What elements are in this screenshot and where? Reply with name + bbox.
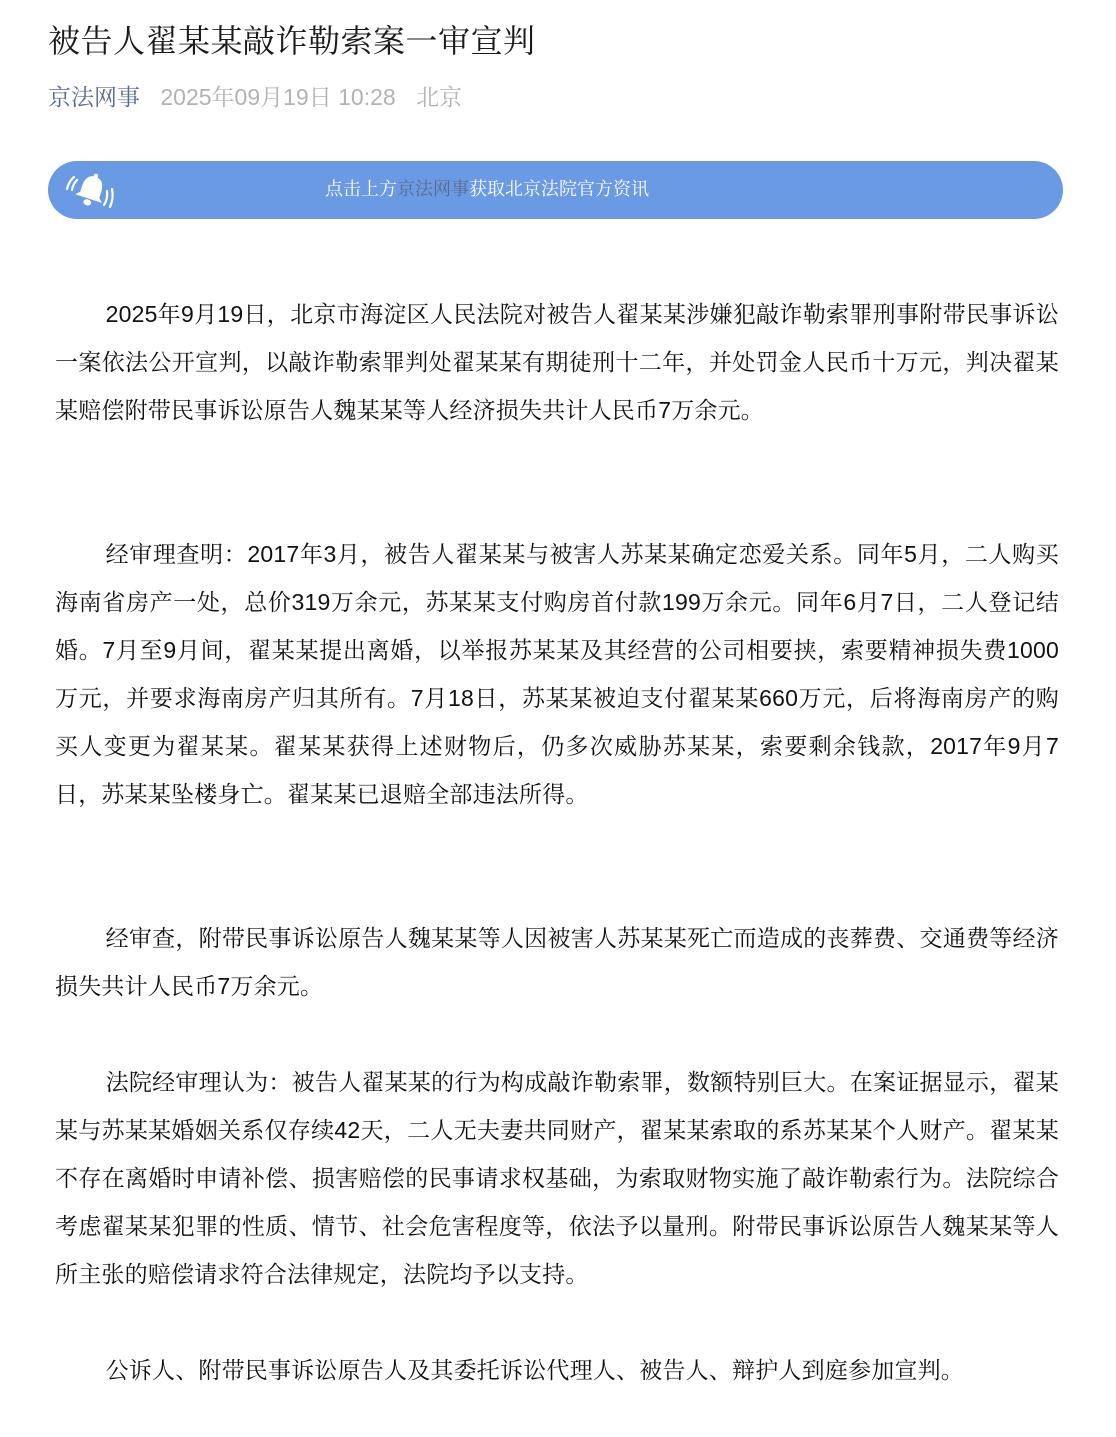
- article-title: 被告人翟某某敲诈勒索案一审宣判: [48, 18, 536, 64]
- follow-banner[interactable]: 点击上方京法网事获取北京法院官方资讯: [48, 161, 1063, 219]
- bell-ringing-icon: [58, 167, 120, 213]
- banner-text-prefix: 点击上方: [325, 179, 397, 199]
- source-account-link[interactable]: 京法网事: [48, 84, 140, 110]
- article-meta: 京法网事 2025年09月19日 10:28 北京: [48, 80, 462, 114]
- publish-datetime: 2025年09月19日 10:28: [160, 84, 395, 110]
- banner-text[interactable]: 点击上方京法网事获取北京法院官方资讯: [325, 175, 649, 203]
- article-paragraph: 经审查，附带民事诉讼原告人魏某某等人因被害人苏某某死亡而造成的丧葬费、交通费等经…: [55, 914, 1059, 1010]
- article-paragraph: 2025年9月19日，北京市海淀区人民法院对被告人翟某某涉嫌犯敲诈勒索罪刑事附带…: [55, 290, 1059, 434]
- publish-location: 北京: [416, 84, 462, 110]
- banner-text-account: 京法网事: [397, 179, 469, 199]
- article-paragraph: 公诉人、附带民事诉讼原告人及其委托诉讼代理人、被告人、辩护人到庭参加宣判。: [55, 1346, 1059, 1394]
- banner-text-suffix: 获取北京法院官方资讯: [469, 179, 649, 199]
- article-paragraph: 经审理查明：2017年3月，被告人翟某某与被害人苏某某确定恋爱关系。同年5月，二…: [55, 530, 1059, 818]
- article-paragraph: 法院经审理认为：被告人翟某某的行为构成敲诈勒索罪，数额特别巨大。在案证据显示，翟…: [55, 1058, 1059, 1298]
